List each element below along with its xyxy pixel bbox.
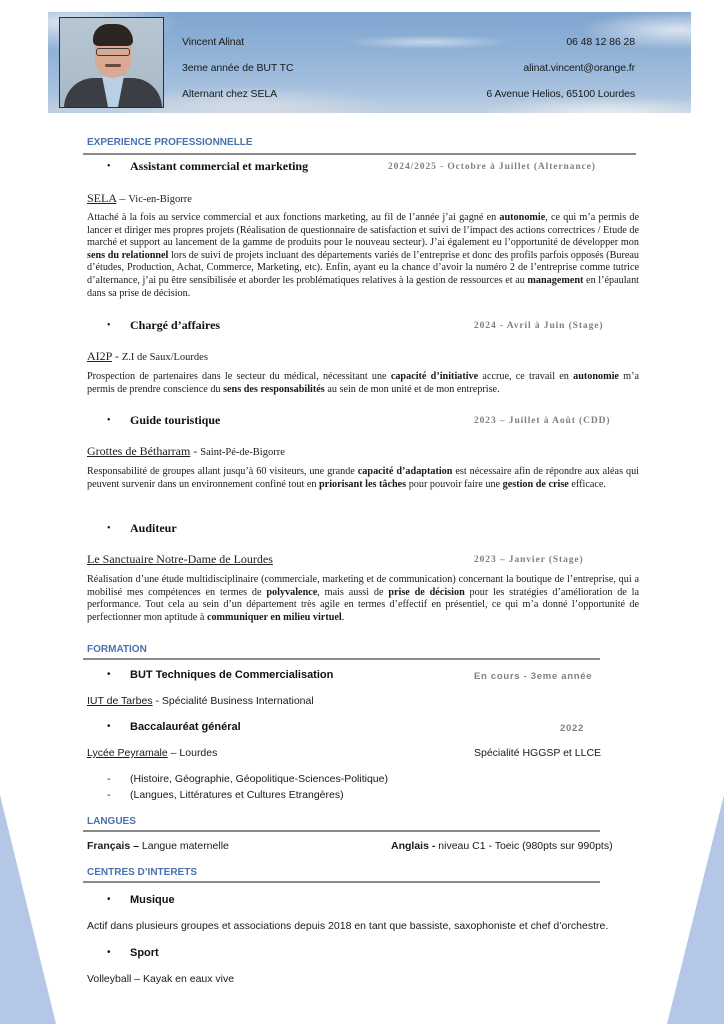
emphasis-keyword: prise de décision bbox=[388, 587, 464, 598]
email-address[interactable]: alinat.vincent@orange.fr bbox=[523, 62, 635, 74]
formation-sub-item: (Langues, Littératures et Cultures Etran… bbox=[130, 789, 344, 801]
bullet-icon: • bbox=[107, 721, 111, 732]
school-separator: – bbox=[168, 747, 180, 759]
formation-sub-item: (Histoire, Géographie, Géopolitique-Scie… bbox=[130, 773, 388, 785]
formation-specialty: Spécialité HGGSP et LLCE bbox=[474, 747, 601, 759]
section-divider bbox=[83, 830, 600, 832]
interest-title: Musique bbox=[130, 894, 175, 906]
photo-moustache-shape bbox=[105, 64, 121, 67]
dash-bullet-icon: - bbox=[107, 789, 111, 801]
language-name: Français bbox=[87, 840, 130, 852]
bullet-icon: • bbox=[107, 523, 111, 534]
formation-school: Lycée Peyramale – Lourdes bbox=[87, 747, 217, 759]
emphasis-keyword: management bbox=[527, 275, 583, 286]
job-organization: SELA – Vic-en-Bigorre bbox=[87, 191, 192, 206]
job-title: Guide touristique bbox=[130, 413, 220, 428]
job-date: 2024 - Avril à Juin (Stage) bbox=[474, 321, 603, 331]
job-description: Prospection de partenaires dans le secte… bbox=[87, 371, 639, 396]
emphasis-keyword: sens du relationnel bbox=[87, 250, 168, 261]
formation-date: En cours - 3eme année bbox=[474, 671, 592, 682]
school-name: IUT de Tarbes bbox=[87, 695, 153, 707]
dash-bullet-icon: - bbox=[107, 773, 111, 785]
emphasis-keyword: priorisant les tâches bbox=[319, 479, 406, 490]
bullet-icon: • bbox=[107, 947, 111, 958]
phone-number[interactable]: 06 48 12 86 28 bbox=[566, 36, 635, 48]
section-divider bbox=[83, 658, 600, 660]
header-banner: Vincent Alinat 3eme année de BUT TC Alte… bbox=[48, 12, 691, 113]
emphasis-keyword: gestion de crise bbox=[503, 479, 569, 490]
org-location: Saint-Pé-de-Bigorre bbox=[200, 447, 285, 458]
language-name: Anglais bbox=[391, 840, 429, 852]
bullet-icon: • bbox=[107, 320, 111, 331]
emphasis-keyword: capacité d’initiative bbox=[391, 371, 478, 382]
formation-title: BUT Techniques de Commercialisation bbox=[130, 669, 333, 681]
photo-glasses-shape bbox=[96, 48, 130, 56]
job-date: 2023 – Juillet à Août (CDD) bbox=[474, 416, 610, 426]
emphasis-keyword: autonomie bbox=[499, 212, 545, 223]
emphasis-keyword: autonomie bbox=[573, 371, 619, 382]
org-name: Grottes de Bétharram bbox=[87, 444, 190, 458]
org-separator: - bbox=[112, 349, 122, 363]
bullet-icon: • bbox=[107, 669, 111, 680]
formation-date: 2022 bbox=[560, 723, 584, 734]
interest-title: Sport bbox=[130, 947, 159, 959]
emphasis-keyword: polyvalence bbox=[266, 587, 317, 598]
language-separator: – bbox=[130, 840, 142, 852]
left-corner-triangle bbox=[0, 795, 56, 1024]
bullet-icon: • bbox=[107, 415, 111, 426]
section-title-interets: CENTRES D’INTERETS bbox=[87, 867, 197, 878]
org-separator: – bbox=[116, 191, 128, 205]
emphasis-keyword: communiquer en milieu virtuel bbox=[207, 612, 342, 623]
school-name: Lycée Peyramale bbox=[87, 747, 168, 759]
candidate-status: Alternant chez SELA bbox=[182, 88, 277, 100]
formation-title: Baccalauréat général bbox=[130, 721, 241, 733]
formation-school: IUT de Tarbes - Spécialité Business Inte… bbox=[87, 695, 314, 707]
bullet-icon: • bbox=[107, 894, 111, 905]
bullet-icon: • bbox=[107, 161, 111, 172]
job-organization: Le Sanctuaire Notre-Dame de Lourdes bbox=[87, 552, 273, 567]
job-description: Attaché à la fois au service commercial … bbox=[87, 212, 639, 300]
job-title: Auditeur bbox=[130, 521, 177, 536]
emphasis-keyword: sens des responsabilités bbox=[223, 384, 325, 395]
org-separator: - bbox=[190, 444, 200, 458]
profile-photo bbox=[59, 17, 164, 108]
language-separator: - bbox=[429, 840, 438, 852]
job-title: Assistant commercial et marketing bbox=[130, 159, 308, 174]
right-corner-triangle bbox=[667, 795, 724, 1024]
language-level: Langue maternelle bbox=[142, 840, 229, 852]
school-detail: Spécialité Business International bbox=[162, 695, 314, 707]
section-title-formation: FORMATION bbox=[87, 644, 147, 655]
interest-text: Actif dans plusieurs groupes et associat… bbox=[87, 920, 608, 932]
org-name: SELA bbox=[87, 191, 116, 205]
job-description: Responsabilité de groupes allant jusqu’à… bbox=[87, 466, 639, 491]
job-organization: Grottes de Bétharram - Saint-Pé-de-Bigor… bbox=[87, 444, 285, 459]
school-detail: Lourdes bbox=[179, 747, 217, 759]
section-divider bbox=[83, 881, 600, 883]
interest-text: Volleyball – Kayak en eaux vive bbox=[87, 973, 234, 985]
school-separator: - bbox=[153, 695, 162, 707]
job-organization: AI2P - Z.I de Saux/Lourdes bbox=[87, 349, 208, 364]
org-name: Le Sanctuaire Notre-Dame de Lourdes bbox=[87, 552, 273, 566]
org-location: Vic-en-Bigorre bbox=[128, 194, 192, 205]
photo-hair-shape bbox=[93, 24, 133, 46]
language-item: Anglais - niveau C1 - Toeic (980pts sur … bbox=[391, 840, 613, 852]
job-date: 2024/2025 - Octobre à Juillet (Alternanc… bbox=[388, 162, 596, 172]
emphasis-keyword: capacité d’adaptation bbox=[358, 466, 453, 477]
section-divider bbox=[83, 153, 636, 155]
job-title: Chargé d’affaires bbox=[130, 318, 220, 333]
section-title-experience: EXPERIENCE PROFESSIONNELLE bbox=[87, 137, 253, 148]
job-date: 2023 – Janvier (Stage) bbox=[474, 555, 584, 565]
language-item: Français – Langue maternelle bbox=[87, 840, 229, 852]
job-description: Réalisation d’une étude multidisciplinai… bbox=[87, 574, 639, 624]
postal-address: 6 Avenue Helios, 65100 Lourdes bbox=[486, 88, 635, 100]
candidate-level: 3eme année de BUT TC bbox=[182, 62, 293, 74]
candidate-name: Vincent Alinat bbox=[182, 36, 244, 48]
org-location: Z.I de Saux/Lourdes bbox=[122, 352, 208, 363]
language-level: niveau C1 - Toeic (980pts sur 990pts) bbox=[438, 840, 612, 852]
section-title-langues: LANGUES bbox=[87, 816, 136, 827]
org-name: AI2P bbox=[87, 349, 112, 363]
